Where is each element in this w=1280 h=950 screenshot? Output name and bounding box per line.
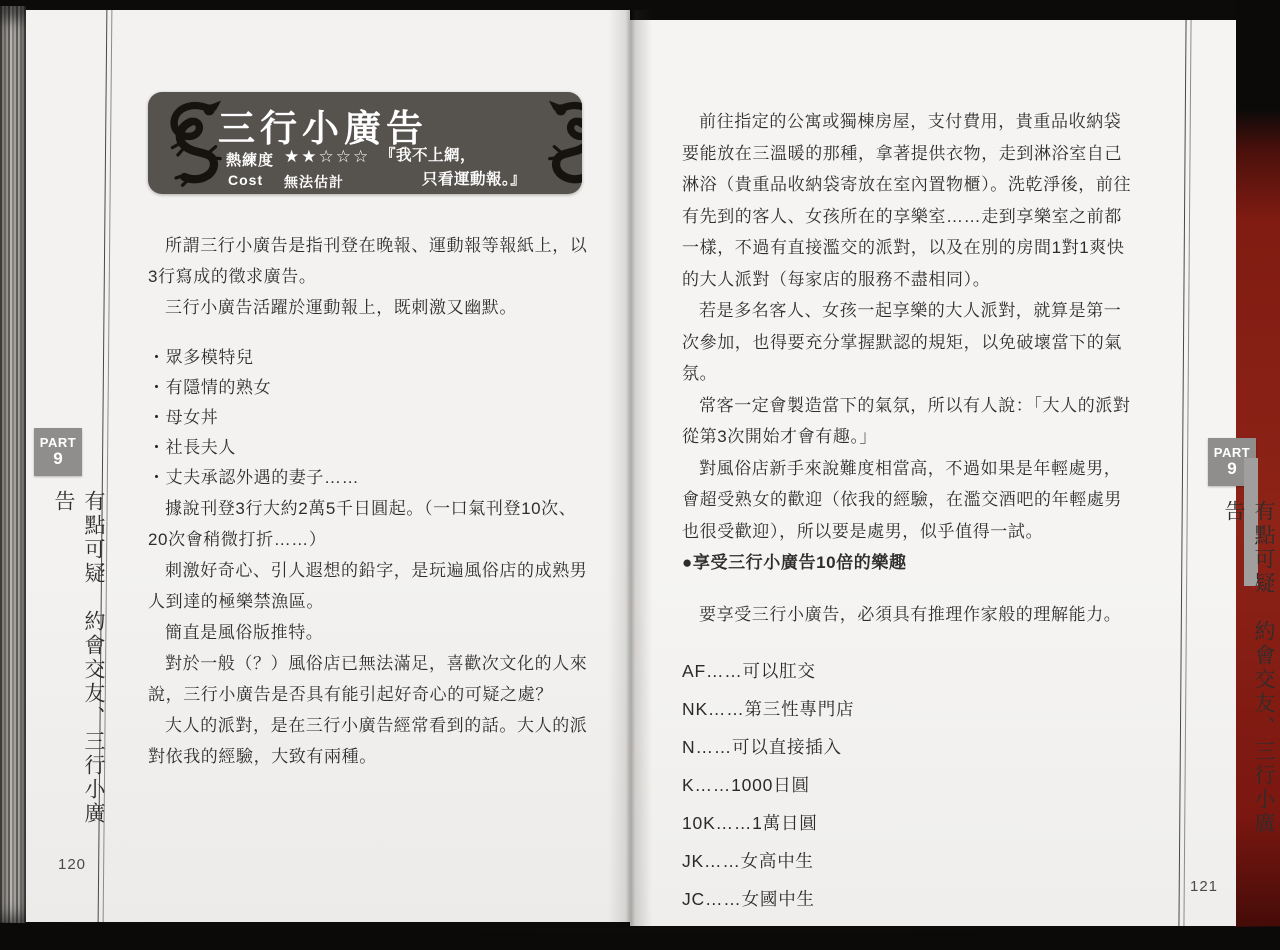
glossary-item: 10K……1萬日圓 xyxy=(682,804,1136,842)
subsection-heading: ●享受三行小廣告10倍的樂趣 xyxy=(682,547,1136,579)
paragraph: 所謂三行小廣告是指刊登在晚報、運動報等報紙上，以3行寫成的徵求廣告。 xyxy=(148,230,588,292)
rating-stars: ★★☆☆☆ xyxy=(284,147,370,167)
paragraph: 大人的派對，是在三行小廣告經常看到的話。大人的派對依我的經驗，大致有兩種。 xyxy=(148,710,588,772)
rating-label: 熱練度 xyxy=(226,149,274,170)
section-header-box: 三行小廣告 熱練度 ★★☆☆☆ Cost 無法估計 『我不上網， 只看運動報。』 xyxy=(148,92,582,194)
margin-rule-right xyxy=(1178,20,1191,926)
glossary-item: AF……可以肛交 xyxy=(682,652,1136,690)
page-stack-edge xyxy=(0,6,26,932)
part-number: 9 xyxy=(53,450,62,468)
glossary-item: JC……女國中生 xyxy=(682,880,1136,918)
paragraph: 據說刊登3行大約2萬5千日圓起。（一口氣刊登10次、20次會稍微打折……） xyxy=(148,493,588,555)
glossary-item: N……可以直接插入 xyxy=(682,728,1136,766)
page-number: 121 xyxy=(1190,878,1218,895)
paragraph: 前往指定的公寓或獨棟房屋，支付費用，貴重品收納袋要能放在三溫暖的那種，拿著提供衣… xyxy=(682,106,1136,295)
cost-value: 無法估計 xyxy=(284,172,344,192)
paragraph: 刺激好奇心、引人遐想的鉛字，是玩遍風俗店的成熟男人到達的極樂禁漁區。 xyxy=(148,555,588,617)
abbreviation-glossary: AF……可以肛交 NK……第三性專門店 N……可以直接插入 K……1000日圓 … xyxy=(682,652,1136,918)
header-quote: 『我不上網， 只看運動報。』 xyxy=(380,144,570,192)
right-page-content: 前往指定的公寓或獨棟房屋，支付費用，貴重品收納袋要能放在三溫暖的那種，拿著提供衣… xyxy=(682,106,1136,918)
chapter-title-vertical-left: 有點可疑 約會交友、三行小廣告 xyxy=(48,490,108,840)
left-page: PART 9 有點可疑 約會交友、三行小廣告 xyxy=(26,10,630,922)
book-scan: PART 9 有點可疑 約會交友、三行小廣告 xyxy=(0,0,1280,950)
chapter-title-vertical-right: 有點可疑 約會交友、三行小廣告 xyxy=(1218,500,1278,850)
paragraph: 三行小廣告活躍於運動報上，既刺激又幽默。 xyxy=(148,292,588,323)
paragraph: 常客一定會製造當下的氣氛，所以有人說：「大人的派對從第3次開始才會有趣。」 xyxy=(682,390,1136,453)
part-tab-left: PART 9 xyxy=(34,428,82,476)
example-bullet-list: ・眾多模特兒 ・有隱情的熟女 ・母女丼 ・社長夫人 ・丈夫承認外遇的妻子…… xyxy=(148,343,588,493)
bullet-item: ・丈夫承認外遇的妻子…… xyxy=(148,463,588,493)
paragraph: 對風俗店新手來說難度相當高，不過如果是年輕處男，會超受熟女的歡迎（依我的經驗，在… xyxy=(682,453,1136,548)
part-label: PART xyxy=(40,436,76,450)
glossary-item: K……1000日圓 xyxy=(682,766,1136,804)
cost-label: Cost xyxy=(228,172,263,188)
bullet-item: ・眾多模特兒 xyxy=(148,343,588,373)
bullet-item: ・母女丼 xyxy=(148,403,588,433)
left-page-content: 三行小廣告 熱練度 ★★☆☆☆ Cost 無法估計 『我不上網， 只看運動報。』… xyxy=(148,92,588,772)
paragraph: 要享受三行小廣告，必須具有推理作家般的理解能力。 xyxy=(682,599,1136,631)
glossary-item: NK……第三性專門店 xyxy=(682,690,1136,728)
quote-line: 只看運動報。』 xyxy=(380,168,570,192)
bullet-item: ・有隱情的熟女 xyxy=(148,373,588,403)
right-page: PART 9 有點可疑 約會交友、三行小廣告 前往指定的公寓或獨棟房屋，支付費用… xyxy=(630,20,1236,926)
bullet-item: ・社長夫人 xyxy=(148,433,588,463)
quote-line: 『我不上網， xyxy=(380,147,476,164)
paragraph: 簡直是風俗版推特。 xyxy=(148,617,588,648)
book-gutter xyxy=(608,10,652,926)
page-number: 120 xyxy=(58,856,86,873)
paragraph: 若是多名客人、女孩一起享樂的大人派對，就算是第一次參加，也得要充分掌握默認的規矩… xyxy=(682,295,1136,390)
part-number: 9 xyxy=(1227,460,1236,478)
glossary-item: JK……女高中生 xyxy=(682,842,1136,880)
paragraph: 對於一般（？）風俗店已無法滿足，喜歡次文化的人來說，三行小廣告是否具有能引起好奇… xyxy=(148,648,588,710)
